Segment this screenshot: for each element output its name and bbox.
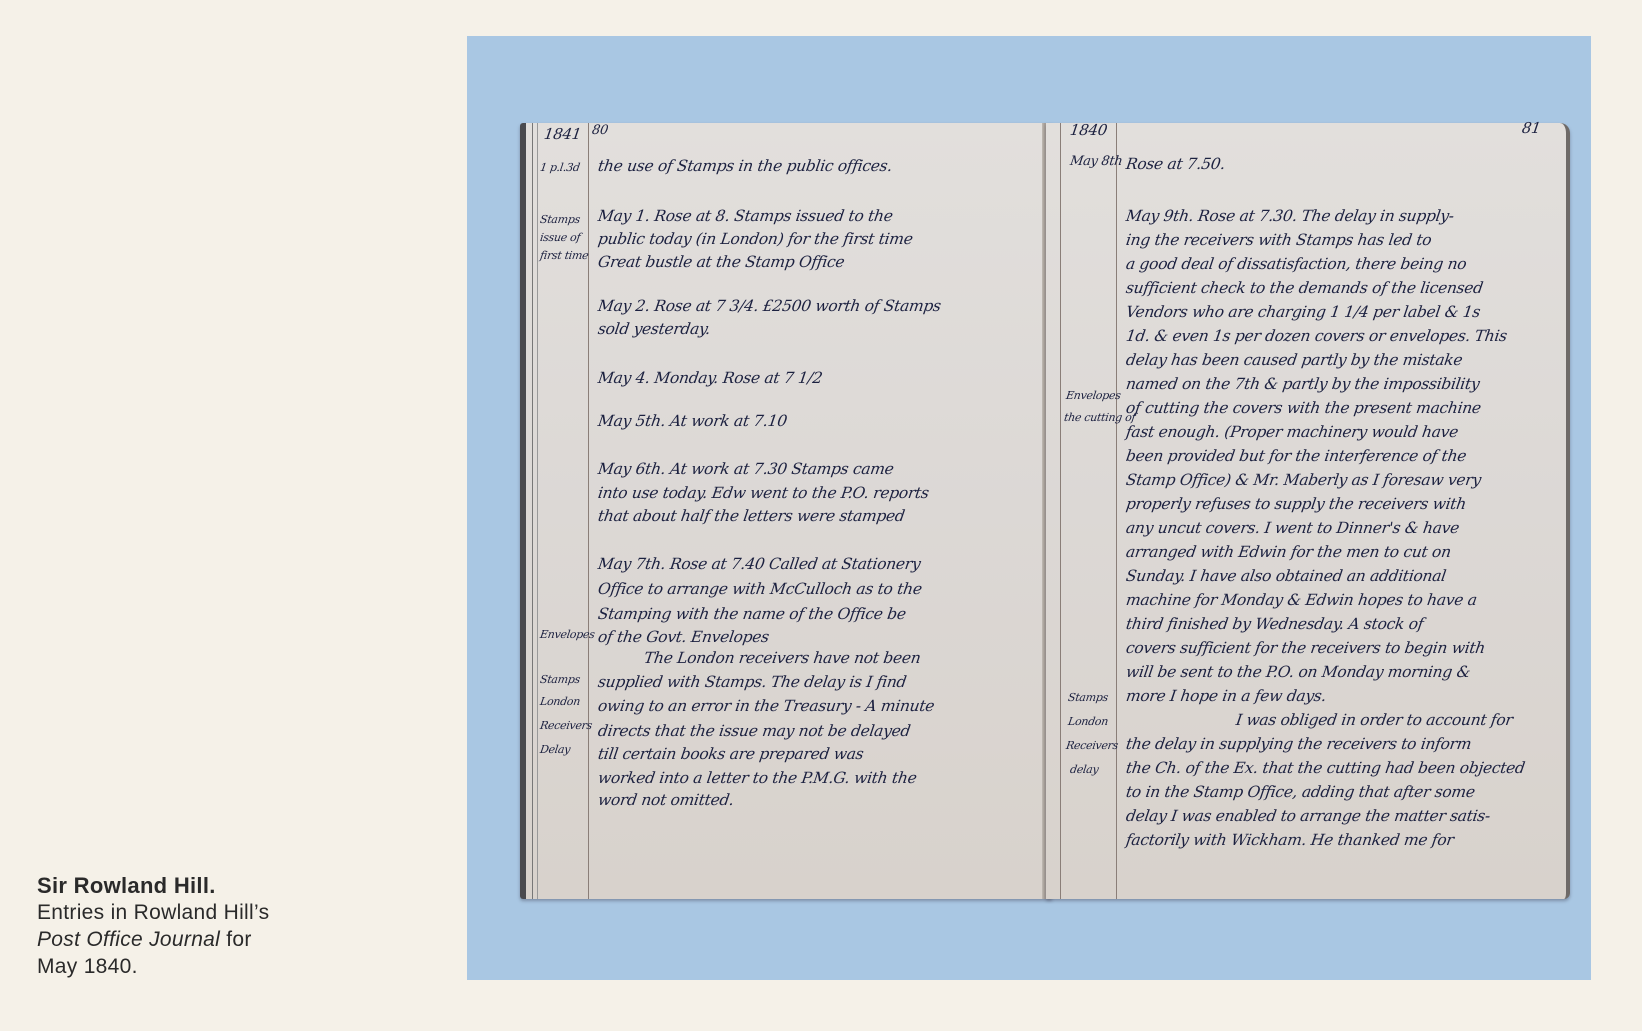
caption-line-1: Entries in Rowland Hill’s (37, 899, 417, 926)
entry-line: into use today. Edw went to the P.O. rep… (596, 482, 930, 505)
page-number-left: 80 (590, 119, 609, 142)
right-page: 1840 81 May 8th Envelopes the cutting of… (1046, 123, 1570, 899)
margin-rule (1116, 123, 1117, 899)
page-edges (532, 123, 538, 899)
entry-line: third finished by Wednesday. A stock of (1124, 613, 1424, 636)
entry-line: covers sufficient for the receivers to b… (1124, 637, 1486, 660)
year-left: 1841 (542, 123, 582, 146)
entry-line: ing the receivers with Stamps has led to (1124, 229, 1433, 252)
entry-line: May 6th. At work at 7.30 Stamps came (596, 458, 895, 481)
entry-line: properly refuses to supply the receivers… (1124, 493, 1467, 516)
entry-line: May 5th. At work at 7.10 (596, 410, 788, 433)
entry-line: of cutting the covers with the present m… (1124, 397, 1482, 420)
entry-line: May 1. Rose at 8. Stamps issued to the (596, 205, 894, 228)
margin-note: issue of (539, 231, 581, 245)
entry-line: machine for Monday & Edwin hopes to have… (1124, 589, 1478, 612)
entry-line: May 9th. Rose at 7.30. The delay in supp… (1124, 205, 1455, 228)
caption: Sir Rowland Hill. Entries in Rowland Hil… (37, 872, 417, 980)
entry-line: May 4. Monday. Rose at 7 1/2 (596, 367, 823, 390)
entry-line: of the Govt. Envelopes (596, 626, 770, 649)
entry-line: worked into a letter to the P.M.G. with … (596, 767, 918, 790)
entry-line: any uncut covers. I went to Dinner's & h… (1124, 517, 1460, 540)
margin-note: 1 p.l.3d (539, 161, 581, 175)
entry-line: May 7th. Rose at 7.40 Called at Statione… (596, 553, 922, 576)
entry-line: Sunday. I have also obtained an addition… (1124, 565, 1447, 588)
entry-line: directs that the issue may not be delaye… (596, 720, 911, 743)
entry-line: word not omitted. (596, 789, 735, 812)
caption-line-2-rest: for (220, 928, 252, 951)
entry-line: Great bustle at the Stamp Office (596, 251, 845, 274)
margin-rule (588, 123, 589, 899)
margin-note: Stamps (1067, 691, 1109, 705)
entry-line: Stamp Office) & Mr. Maberly as I foresaw… (1124, 469, 1482, 492)
entry-line: will be sent to the P.O. on Monday morni… (1124, 661, 1471, 684)
entry-line: Office to arrange with McCulloch as to t… (596, 578, 923, 601)
entry-line: 1d. & even 1s per dozen covers or envelo… (1124, 325, 1508, 348)
entry-line: Rose at 7.50. (1124, 153, 1226, 176)
entry-line: till certain books are prepared was (596, 743, 865, 766)
caption-title: Sir Rowland Hill. (37, 872, 417, 899)
entry-line: public today (in London) for the first t… (596, 228, 914, 251)
journal-photo: 1841 80 1 p.l.3d Stamps issue of first t… (520, 123, 1566, 899)
entry-line: that about half the letters were stamped (596, 505, 906, 528)
entry-line: factorily with Wickham. He thanked me fo… (1124, 829, 1455, 852)
margin-note: London (1067, 715, 1109, 729)
entry-line: supplied with Stamps. The delay is I fin… (596, 671, 907, 694)
journal-title: Post Office Journal (37, 928, 220, 951)
margin-note: Delay (539, 743, 571, 757)
entry-line: delay I was enabled to arrange the matte… (1124, 805, 1491, 828)
entry-line: been provided but for the interference o… (1124, 445, 1467, 468)
entry-line: more I hope in a few days. (1124, 685, 1327, 708)
entry-line: I was obliged in order to account for (1234, 709, 1514, 732)
year-right: 1840 (1068, 119, 1108, 142)
margin-note: Receivers (1065, 739, 1119, 753)
entry-line: The London receivers have not been (642, 647, 922, 670)
margin-note: delay (1069, 763, 1099, 777)
entry-line: May 2. Rose at 7 3/4. £2500 worth of Sta… (596, 295, 942, 318)
inner-rule (1060, 123, 1061, 899)
entry-line: the Ch. of the Ex. that the cutting had … (1124, 757, 1526, 780)
entry-line: fast enough. (Proper machinery would hav… (1124, 421, 1459, 444)
margin-note: May 8th (1069, 155, 1123, 169)
entry-line: named on the 7th & partly by the impossi… (1124, 373, 1481, 396)
margin-note: Stamps (539, 673, 581, 687)
entry-line: sold yesterday. (596, 318, 711, 341)
entry-line: a good deal of dissatisfaction, there be… (1124, 253, 1468, 276)
entry-line: the delay in supplying the receivers to … (1124, 733, 1472, 756)
margin-note: Envelopes (539, 628, 595, 642)
entry-line: owing to an error in the Treasury - A mi… (596, 695, 935, 718)
margin-note: Envelopes (1065, 389, 1121, 403)
margin-note: Receivers (539, 719, 593, 733)
left-page: 1841 80 1 p.l.3d Stamps issue of first t… (520, 123, 1052, 899)
entry-line: to in the Stamp Office, adding that afte… (1124, 781, 1476, 804)
entry-line: Vendors who are charging 1 1/4 per label… (1124, 301, 1481, 324)
caption-line-2: Post Office Journal for (37, 926, 417, 953)
caption-line-3: May 1840. (37, 953, 417, 980)
page-number-right: 81 (1520, 117, 1542, 140)
margin-note: first time (539, 249, 589, 263)
margin-note: Stamps (539, 213, 581, 227)
entry-line: arranged with Edwin for the men to cut o… (1124, 541, 1452, 564)
margin-note: London (539, 695, 581, 709)
entry-line: Stamping with the name of the Office be (596, 603, 907, 626)
entry-line: delay has been caused partly by the mist… (1124, 349, 1463, 372)
entry-line: sufficient check to the demands of the l… (1124, 277, 1484, 300)
entry-line: the use of Stamps in the public offices. (596, 155, 893, 178)
